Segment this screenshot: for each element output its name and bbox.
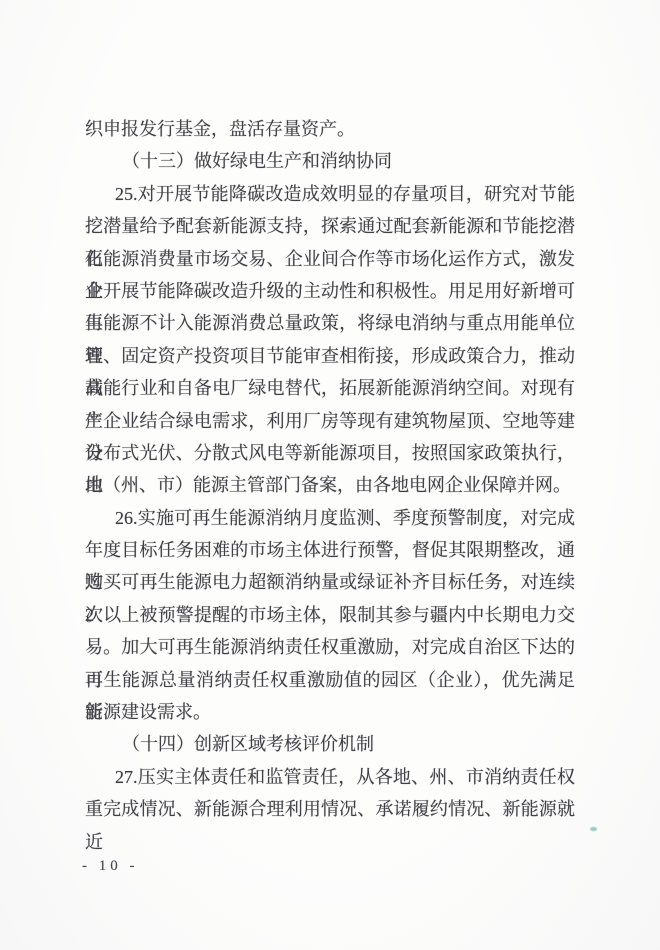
section-heading-14: （十四）创新区域考核评价机制 — [85, 728, 575, 760]
section-heading-13: （十三）做好绿电生产和消纳协同 — [85, 145, 575, 177]
text-line: 再生能源总量消纳责任权重激励值的园区（企业），优先满足新 — [85, 664, 575, 696]
text-line: 理、固定资产投资项目节能审查相衔接，形成政策合力，推动高 — [85, 340, 575, 372]
paragraph-27-line: 27.压实主体责任和监管责任，从各地、州、市消纳责任权 — [85, 761, 575, 793]
text-line: 石能源消费量市场交易、企业间合作等市场化运作方式，激发企 — [85, 243, 575, 275]
text-line: 重完成情况、新能源合理利用情况、承诺履约情况、新能源就近 — [85, 793, 575, 825]
text-line: 业开展节能降碳改造升级的主动性和积极性。用足用好新增可再 — [85, 275, 575, 307]
text-line: 次以上被预警提醒的市场主体，限制其参与疆内中长期电力交 — [85, 599, 575, 631]
text-line: 分布式光伏、分散式风电等新能源项目，按照国家政策执行，由 — [85, 437, 575, 469]
text-line: 地（州、市）能源主管部门备案，由各地电网企业保障并网。 — [85, 469, 575, 501]
text-line: 年度目标任务困难的市场主体进行预警，督促其限期整改，通过 — [85, 534, 575, 566]
paragraph-26-line: 26.实施可再生能源消纳月度监测、季度预警制度，对完成 — [85, 502, 575, 534]
text-line: 易。加大可再生能源消纳责任权重激励，对完成自治区下达的可 — [85, 631, 575, 663]
text-line: 能源建设需求。 — [85, 696, 575, 728]
text-line: 生能源不计入能源消费总量政策，将绿电消纳与重点用能单位管 — [85, 307, 575, 339]
text-line: 载能行业和自备电厂绿电替代，拓展新能源消纳空间。对现有生 — [85, 372, 575, 404]
document-body: 织申报发行基金，盘活存量资产。 （十三）做好绿电生产和消纳协同 25.对开展节能… — [85, 113, 575, 826]
paragraph-25-line: 25.对开展节能降碳改造成效明显的存量项目，研究对节能 — [85, 178, 575, 210]
text-line: 购买可再生能源电力超额消纳量或绿证补齐目标任务，对连续 2 — [85, 566, 575, 598]
document-page: 织申报发行基金，盘活存量资产。 （十三）做好绿电生产和消纳协同 25.对开展节能… — [0, 0, 660, 950]
scan-artifact — [590, 827, 597, 831]
page-number: - 10 - — [82, 858, 139, 875]
text-line: 产企业结合绿电需求，利用厂房等现有建筑物屋顶、空地等建设 — [85, 405, 575, 437]
text-line: 织申报发行基金，盘活存量资产。 — [85, 113, 575, 145]
text-line: 挖潜量给予配套新能源支持，探索通过配套新能源和节能挖潜化 — [85, 210, 575, 242]
